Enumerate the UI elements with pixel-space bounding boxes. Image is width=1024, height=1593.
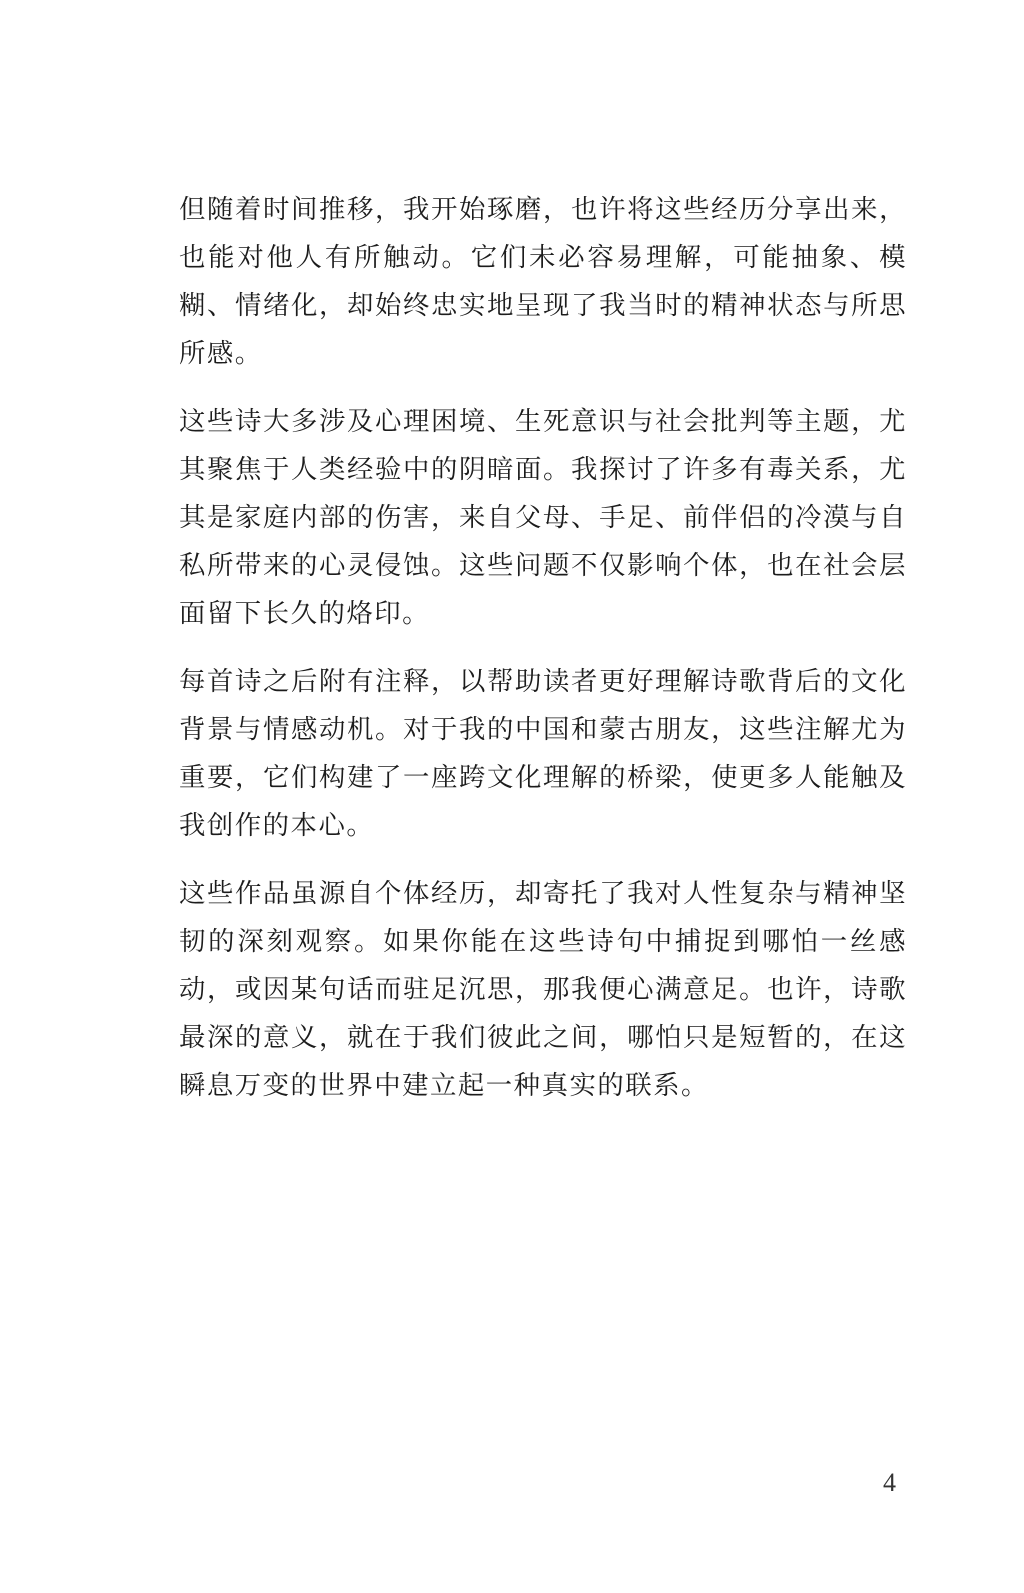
paragraph-2: 这些诗大多涉及心理困境、生死意识与社会批判等主题，尤其聚焦于人类经验中的阴暗面。…	[179, 398, 907, 638]
body-text: 但随着时间推移，我开始琢磨，也许将这些经历分享出来，也能对他人有所触动。它们未必…	[179, 186, 907, 1130]
paragraph-1: 但随着时间推移，我开始琢磨，也许将这些经历分享出来，也能对他人有所触动。它们未必…	[179, 186, 907, 378]
paragraph-4: 这些作品虽源自个体经历，却寄托了我对人性复杂与精神坚韧的深刻观察。如果你能在这些…	[179, 870, 907, 1110]
paragraph-3: 每首诗之后附有注释，以帮助读者更好理解诗歌背后的文化背景与情感动机。对于我的中国…	[179, 658, 907, 850]
page-number: 4	[883, 1468, 896, 1498]
document-page: 但随着时间推移，我开始琢磨，也许将这些经历分享出来，也能对他人有所触动。它们未必…	[0, 0, 1024, 1593]
